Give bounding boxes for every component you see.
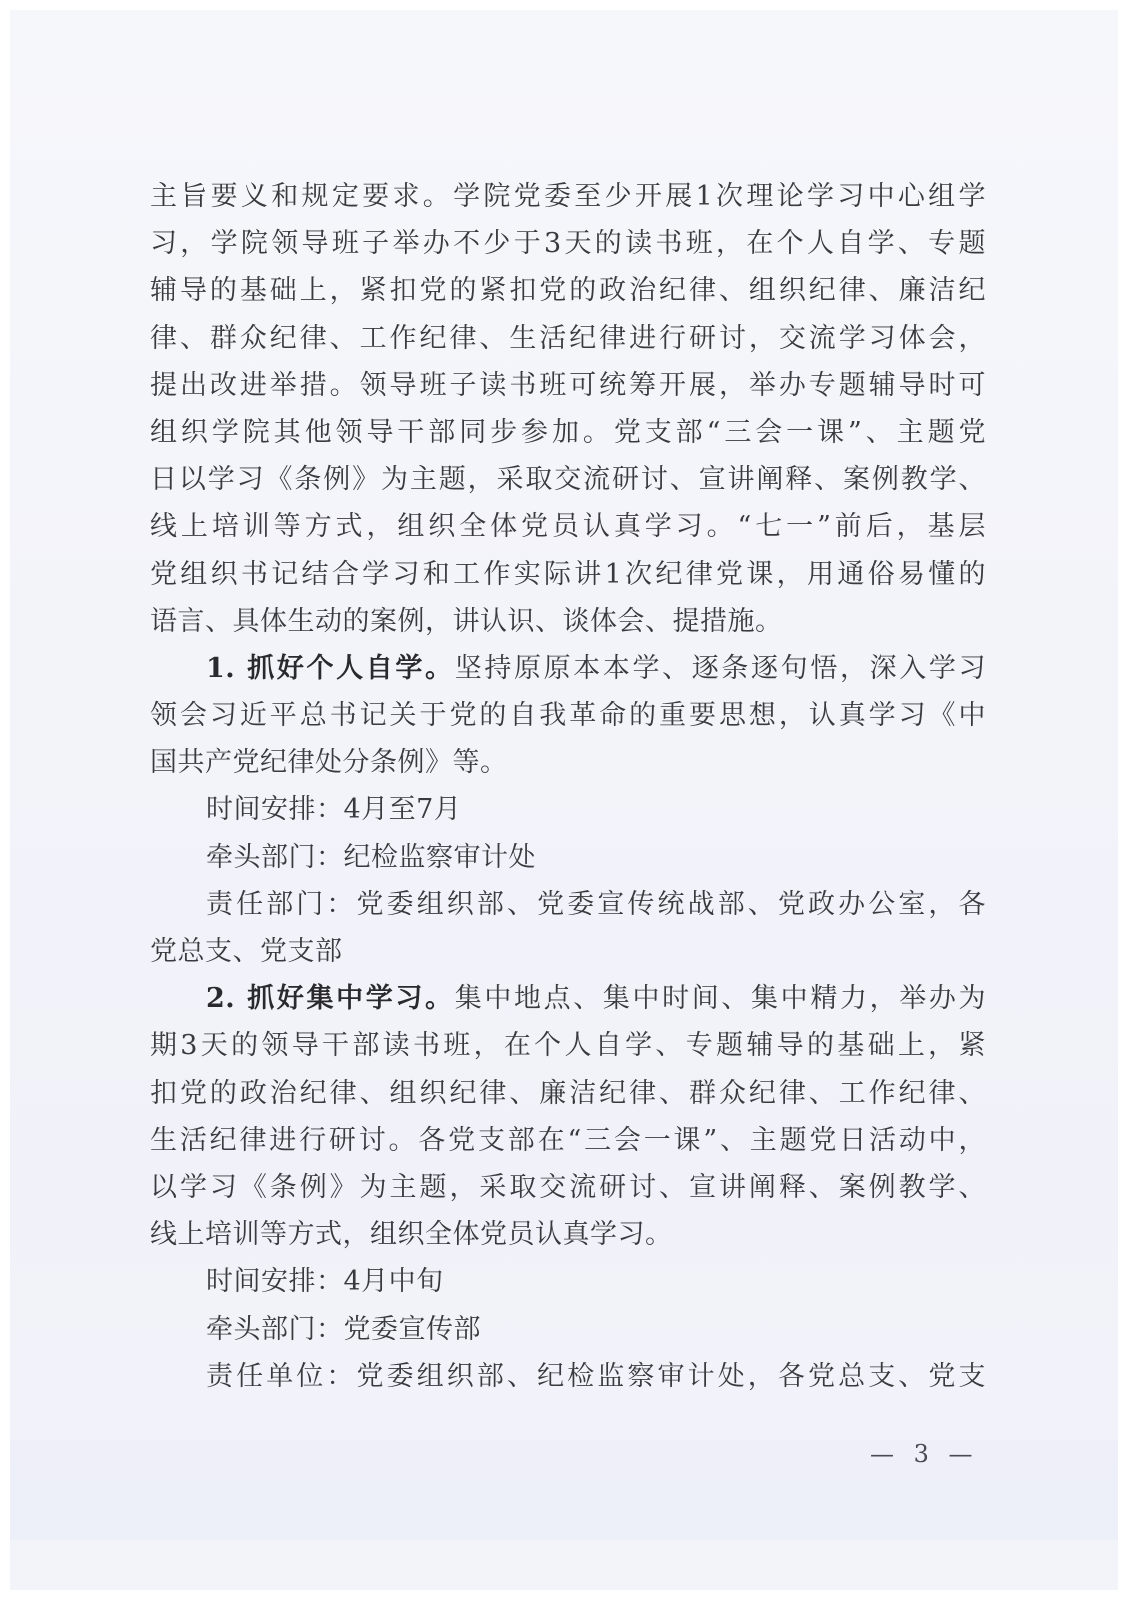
lead-value: 党委宣传部 [344,1314,482,1345]
item-2-first-line: 2. 抓好集中学习。集中地点、集中时间、集中精力，举办为 [150,975,986,1022]
document-body: 主旨要义和规定要求。学院党委至少开展1次理论学习中心组学 习，学院领导班子举办不… [150,173,986,1400]
section-item-1: 1. 抓好个人自学。坚持原原本本学、逐条逐句悟，深入学习 领会习近平总书记关于党… [150,645,986,975]
text-line: 扣党的政治纪律、组织纪律、廉洁纪律、群众纪律、工作纪律、 [150,1070,986,1117]
item-1-heading: 1. 抓好个人自学。 [206,653,455,684]
text-line: 生活纪律进行研讨。各党支部在“三会一课”、主题党日活动中， [150,1117,986,1164]
text-line: 期3天的领导干部读书班，在个人自学、专题辅导的基础上，紧 [150,1022,986,1069]
item-1-responsible-departments: 责任部门：党委组织部、党委宣传统战部、党政办公室，各 [150,881,986,928]
resp-label: 责任部门： [206,889,357,920]
text-line: 国共产党纪律处分条例》等。 [150,739,986,786]
text-line: 线上培训等方式，组织全体党员认真学习。 [150,1211,986,1258]
time-label: 时间安排： [206,794,344,825]
page-number: — 3 — [870,1440,979,1468]
lead-label: 牵头部门： [206,842,344,873]
document-page: 主旨要义和规定要求。学院党委至少开展1次理论学习中心组学 习，学院领导班子举办不… [10,10,1118,1590]
item-1-lead-department: 牵头部门：纪检监察审计处 [150,834,986,881]
text-line: 领会习近平总书记关于党的自我革命的重要思想，认真学习《中 [150,692,986,739]
item-1-first-line: 1. 抓好个人自学。坚持原原本本学、逐条逐句悟，深入学习 [150,645,986,692]
text-line: 日以学习《条例》为主题，采取交流研讨、宣讲阐释、案例教学、 [150,456,986,503]
resp-label: 责任单位： [206,1361,357,1392]
resp-value: 党委组织部、纪检监察审计处，各党总支、党支 [357,1361,987,1392]
time-label: 时间安排： [206,1266,344,1297]
resp-value: 党委组织部、党委宣传统战部、党政办公室，各 [357,889,987,920]
text-line: 语言、具体生动的案例，讲认识、谈体会、提措施。 [150,598,986,645]
text-line: 组织学院其他领导干部同步参加。党支部“三会一课”、主题党 [150,409,986,456]
paragraph-intro: 主旨要义和规定要求。学院党委至少开展1次理论学习中心组学 习，学院领导班子举办不… [150,173,986,645]
text-line: 律、群众纪律、工作纪律、生活纪律进行研讨，交流学习体会， [150,315,986,362]
item-2-first-line-text: 集中地点、集中时间、集中精力，举办为 [455,983,986,1014]
text-line: 提出改进举措。领导班子读书班可统筹开展，举办专题辅导时可 [150,362,986,409]
time-value: 4月中旬 [344,1266,444,1297]
item-1-first-line-text: 坚持原原本本学、逐条逐句悟，深入学习 [455,653,986,684]
item-2-time-schedule: 时间安排：4月中旬 [150,1258,986,1305]
lead-label: 牵头部门： [206,1314,344,1345]
item-2-responsible-units: 责任单位：党委组织部、纪检监察审计处，各党总支、党支 [150,1353,986,1400]
text-line: 线上培训等方式，组织全体党员认真学习。“七一”前后，基层 [150,503,986,550]
text-line: 主旨要义和规定要求。学院党委至少开展1次理论学习中心组学 [150,173,986,220]
item-2-heading: 2. 抓好集中学习。 [206,983,455,1014]
item-1-time-schedule: 时间安排：4月至7月 [150,786,986,833]
section-item-2: 2. 抓好集中学习。集中地点、集中时间、集中精力，举办为 期3天的领导干部读书班… [150,975,986,1400]
text-line: 习，学院领导班子举办不少于3天的读书班，在个人自学、专题 [150,220,986,267]
lead-value: 纪检监察审计处 [344,842,537,873]
item-1-responsible-departments-cont: 党总支、党支部 [150,928,986,975]
text-line: 以学习《条例》为主题，采取交流研讨、宣讲阐释、案例教学、 [150,1164,986,1211]
time-value: 4月至7月 [344,794,462,825]
text-line: 辅导的基础上，紧扣党的紧扣党的政治纪律、组织纪律、廉洁纪 [150,267,986,314]
text-line: 党组织书记结合学习和工作实际讲1次纪律党课，用通俗易懂的 [150,551,986,598]
item-2-lead-department: 牵头部门：党委宣传部 [150,1306,986,1353]
